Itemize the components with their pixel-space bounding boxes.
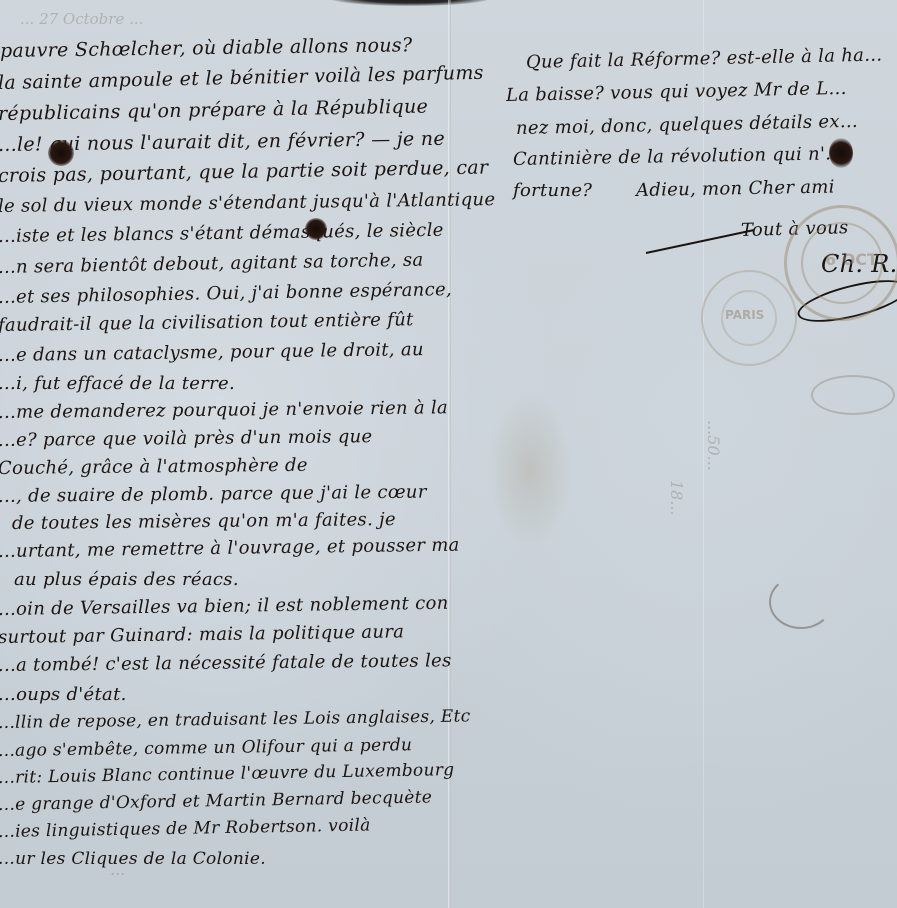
letter-line: Que fait la Réforme? est-elle à la ha... xyxy=(526,45,883,73)
letter-line: ...oups d'état. xyxy=(0,684,127,705)
letter-line: nez moi, donc, quelques détails ex... xyxy=(516,111,858,139)
letter-line: surtout par Guinard: mais la politique a… xyxy=(0,621,404,648)
letter-line: ...n sera bientôt debout, agitant sa tor… xyxy=(0,250,424,278)
letter-line: ...a tombé! c'est la nécessité fatale de… xyxy=(0,650,452,676)
closing-line: Adieu, mon Cher ami xyxy=(636,177,835,201)
letter-photograph: ... 27 Octobre ... pauvre Schœlcher, où … xyxy=(0,0,897,908)
letter-line: ..., de suaire de plomb. parce que j'ai … xyxy=(0,482,427,507)
letter-line: républicains qu'on prépare à la Républiq… xyxy=(0,95,428,125)
letter-line: ...rit: Louis Blanc continue l'œuvre du … xyxy=(0,760,455,788)
letter-line: ...ies linguistiques de Mr Robertson. vo… xyxy=(0,815,371,842)
flourish-stroke xyxy=(646,229,754,254)
letter-line: faudrait-il que la civilisation tout ent… xyxy=(0,309,414,336)
ink-blot xyxy=(48,140,74,166)
letter-line: au plus épais des réacs. xyxy=(14,569,239,590)
bleed-through-text: ...50... xyxy=(704,420,723,471)
letter-line: ...urtant, me remettre à l'ouvrage, et p… xyxy=(0,535,460,562)
letter-line: le sol du vieux monde s'étendant jusqu'à… xyxy=(0,189,495,217)
letter-line: la sainte ampoule et le bénitier voilà l… xyxy=(0,62,484,94)
letter-line: ...et ses philosophies. Oui, j'ai bonne … xyxy=(0,279,452,308)
bleed-through-text: 18... xyxy=(667,480,686,516)
letter-line: ...e? parce que voilà près d'un mois que xyxy=(0,426,373,451)
letter-line: ...e grange d'Oxford et Martin Bernard b… xyxy=(0,787,432,815)
letter-line: ...me demanderez pourquoi je n'envoie ri… xyxy=(0,397,448,423)
ink-blot xyxy=(829,138,853,168)
bleed-through-curve xyxy=(769,575,833,629)
bleed-through-text: ... xyxy=(110,860,125,879)
postmark-round-large: 6 OCT xyxy=(784,205,897,321)
letter-line: Cantinière de la révolution qui n'... xyxy=(513,143,844,170)
postmark-round-small: PARIS xyxy=(701,270,797,366)
letter-line: ...iste et les blancs s'étant démasqués,… xyxy=(0,220,444,247)
letter-line: pauvre Schœlcher, où diable allons nous? xyxy=(0,34,413,62)
left-panel: pauvre Schœlcher, où diable allons nous?… xyxy=(0,0,448,908)
letter-line: de toutes les misères qu'on m'a faites. … xyxy=(12,509,396,534)
letter-line: fortune? xyxy=(513,180,592,201)
letter-line: Couché, grâce à l'atmosphère de xyxy=(0,455,308,479)
letter-line: ...i, fut effacé de la terre. xyxy=(0,373,235,394)
ink-blot xyxy=(305,218,327,240)
letter-line: ...llin de repose, en traduisant les Loi… xyxy=(0,706,471,733)
letter-line: ...oin de Versailles va bien; il est nob… xyxy=(0,593,449,620)
letter-line: La baisse? vous qui voyez Mr de L... xyxy=(506,78,847,106)
right-panel: Que fait la Réforme? est-elle à la ha...… xyxy=(451,0,897,908)
letter-line: ...e dans un cataclysme, pour que le dro… xyxy=(0,339,424,366)
letter-line: ...ur les Cliques de la Colonie. xyxy=(0,849,266,869)
letter-line: crois pas, pourtant, que la partie soit … xyxy=(0,156,489,187)
letter-line: ...ago s'embête, comme un Olifour qui a … xyxy=(0,735,412,761)
bleed-through-loop xyxy=(811,375,895,415)
